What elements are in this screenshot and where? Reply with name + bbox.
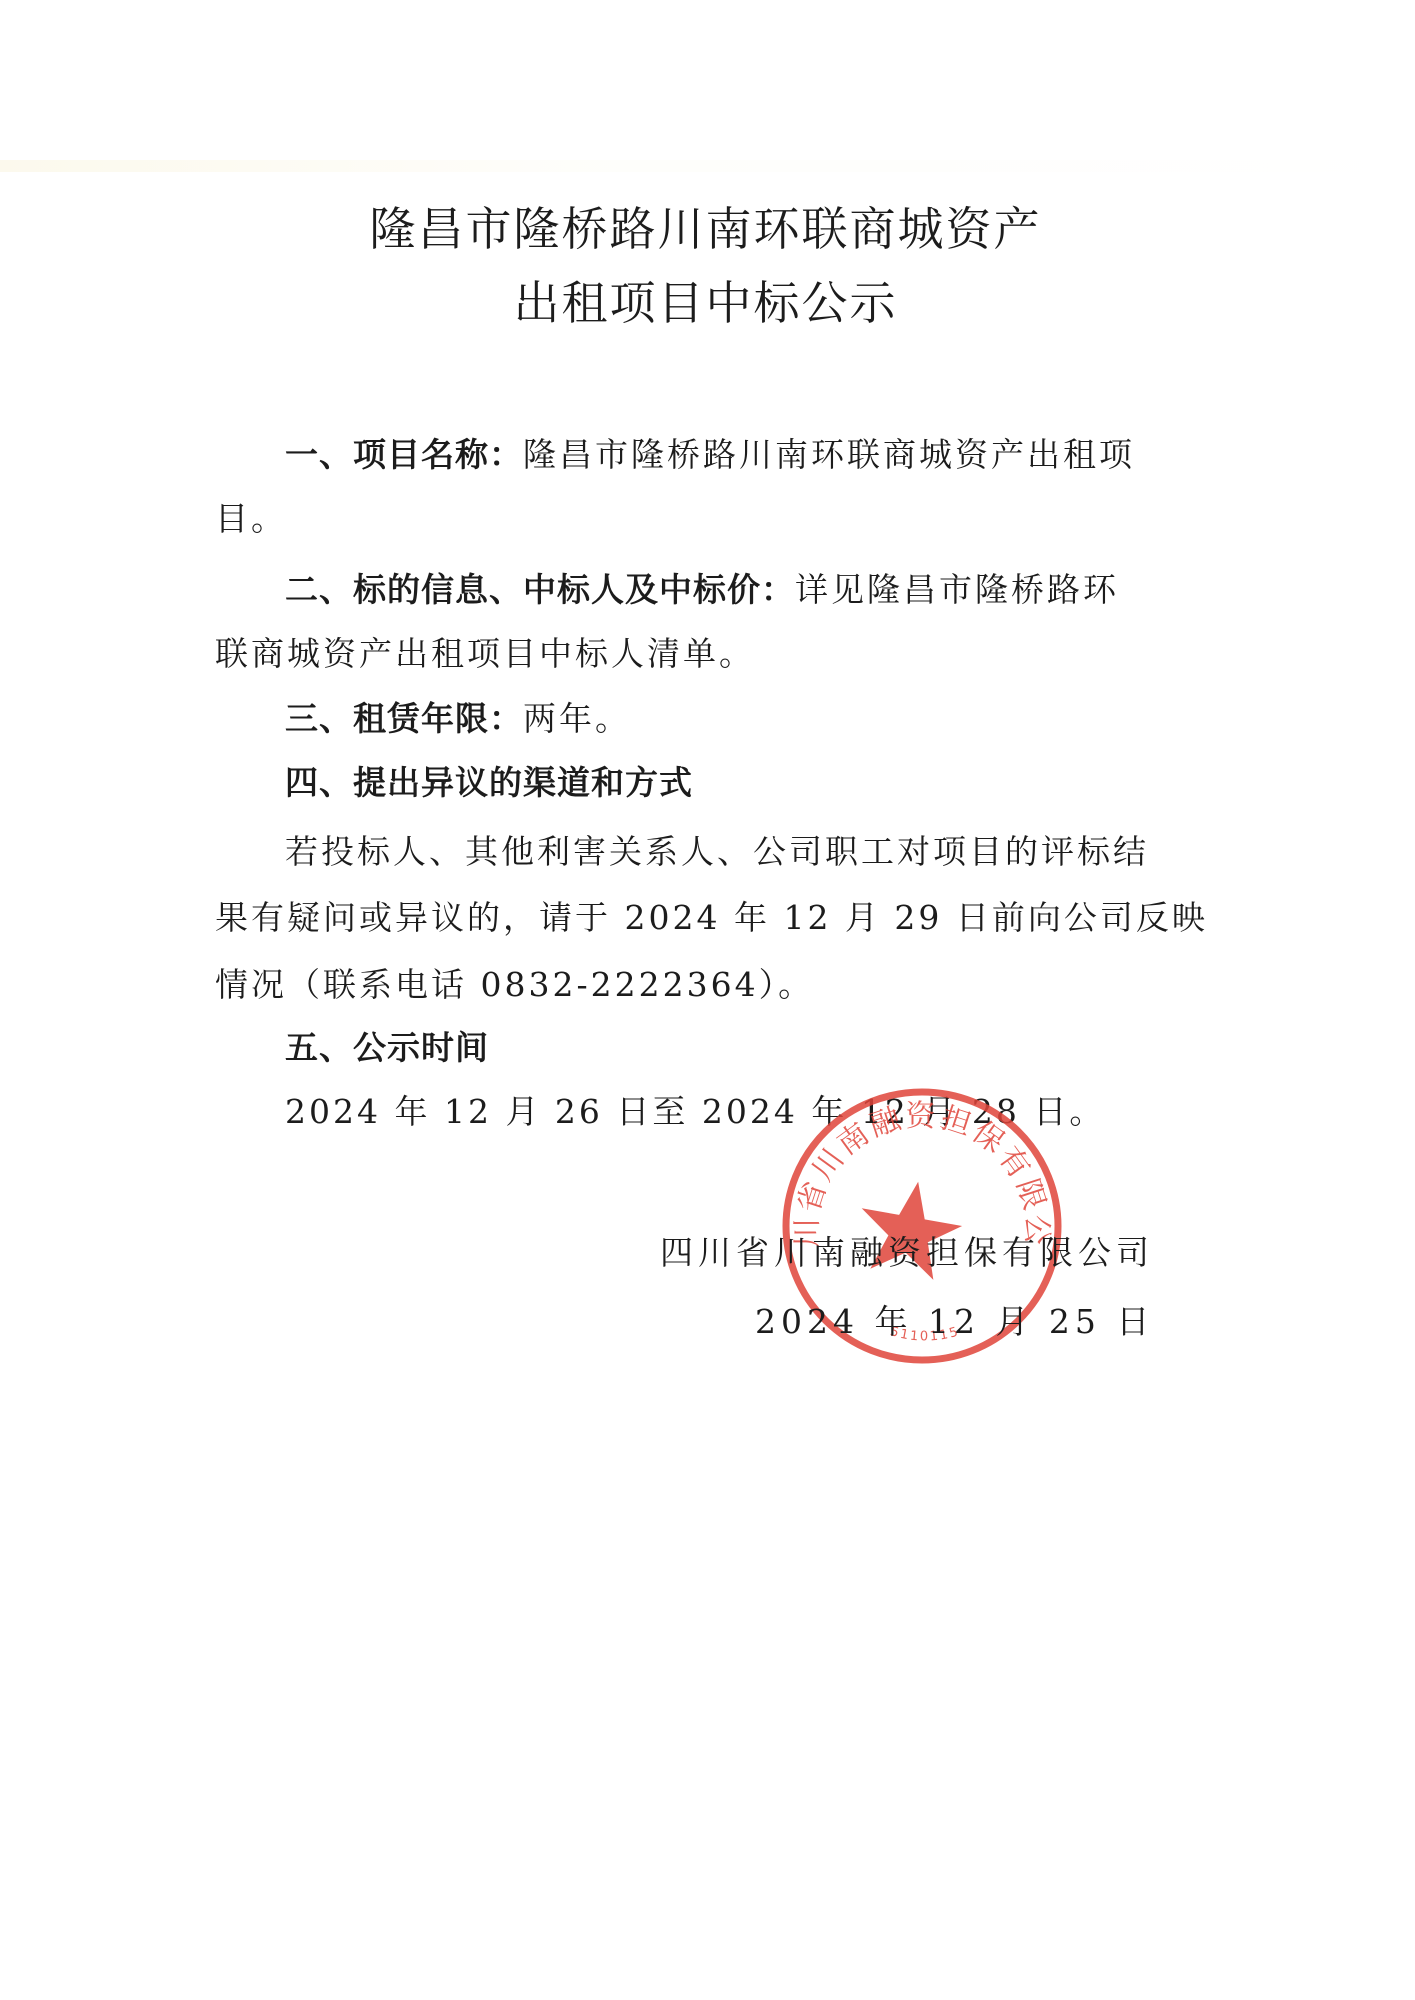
section-3-line-1: 三、租赁年限：两年。 <box>285 702 1260 735</box>
section-5-heading: 五、公示时间 <box>285 1031 1260 1064</box>
section-4-line-2: 果有疑问或异议的，请于 2024 年 12 月 29 日前向公司反映 <box>215 901 1190 934</box>
section-4-heading: 四、提出异议的渠道和方式 <box>285 766 1260 799</box>
scan-artifact <box>0 160 1415 172</box>
document-page: 隆昌市隆桥路川南环联商城资产 出租项目中标公示 一、项目名称：隆昌市隆桥路川南环… <box>0 0 1415 2000</box>
section-2-line-1: 二、标的信息、中标人及中标价：详见隆昌市隆桥路环 <box>285 573 1260 606</box>
section-5-line-1: 2024 年 12 月 26 日至 2024 年 12 月 28 日。 <box>285 1095 1260 1128</box>
document-title-line1: 隆昌市隆桥路川南环联商城资产 <box>0 206 1413 252</box>
signature-company: 四川省川南融资担保有限公司 <box>660 1236 1154 1269</box>
section-2-heading: 二、标的信息、中标人及中标价： <box>285 570 795 609</box>
signature-date: 2024 年 12 月 25 日 <box>755 1305 1154 1338</box>
section-3-heading: 三、租赁年限： <box>285 699 523 738</box>
section-1-line-2: 目。 <box>215 502 1190 535</box>
section-3-text: 两年。 <box>523 699 631 738</box>
section-4-line-1: 若投标人、其他利害关系人、公司职工对项目的评标结 <box>285 835 1260 868</box>
section-1-heading: 一、项目名称： <box>285 435 523 474</box>
section-2-line-2: 联商城资产出租项目中标人清单。 <box>215 637 1190 670</box>
document-title-line2: 出租项目中标公示 <box>0 280 1413 326</box>
section-4-line-3: 情况（联系电话 0832-2222364）。 <box>215 968 1190 1001</box>
section-1-text: 隆昌市隆桥路川南环联商城资产出租项 <box>523 435 1135 474</box>
section-1-line-1: 一、项目名称：隆昌市隆桥路川南环联商城资产出租项 <box>285 438 1260 471</box>
section-2-text: 详见隆昌市隆桥路环 <box>795 570 1119 609</box>
